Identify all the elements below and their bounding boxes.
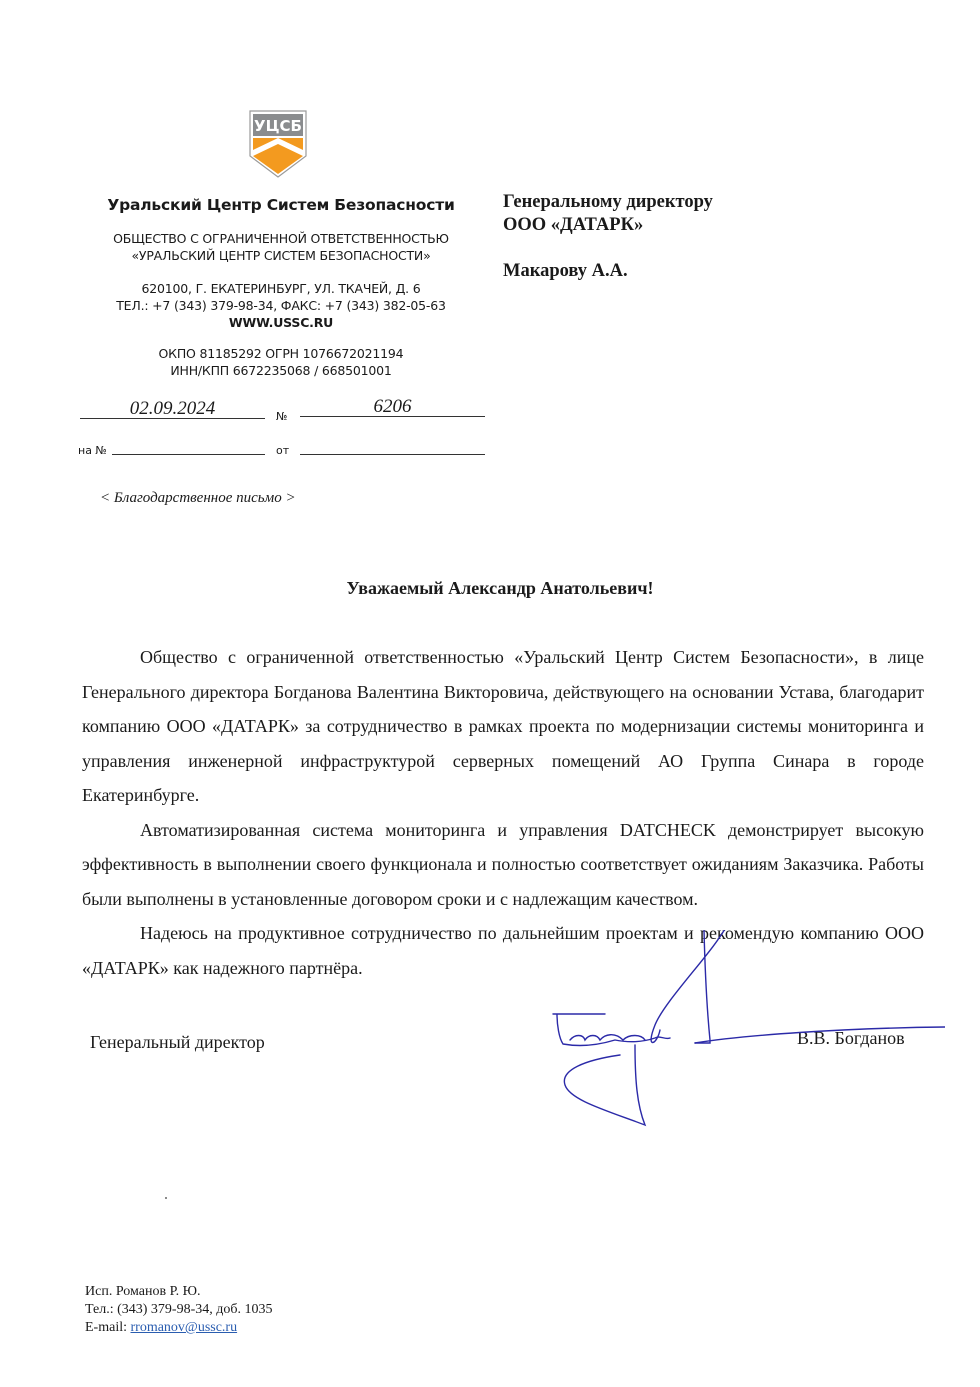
ussc-shield-icon: УЦСБ [249,110,307,178]
body-paragraph: Автоматизированная система мониторинга и… [82,813,924,917]
date-value: 02.09.2024 [80,398,265,420]
org-name: Уральский Центр Систем Безопасности [100,196,462,214]
website: WWW.USSC.RU [100,314,462,331]
number-label: № [276,410,287,423]
signatory-title: Генеральный директор [90,1032,265,1053]
letter-subject: < Благодарственное письмо > [100,490,296,507]
legal-form-line1: ОБЩЕСТВО С ОГРАНИЧЕННОЙ ОТВЕТСТВЕННОСТЬЮ [100,230,462,247]
requisites: ОКПО 81185292 ОГРН 1076672021194 ИНН/КПП… [100,345,462,379]
signatory-name: В.В. Богданов [797,1028,905,1049]
scan-speck [165,1197,167,1199]
executor-name: Исп. Романов Р. Ю. [85,1283,273,1301]
executor-email-link[interactable]: rromanov@ussc.ru [131,1320,238,1335]
legal-form: ОБЩЕСТВО С ОГРАНИЧЕННОЙ ОТВЕТСТВЕННОСТЬЮ… [100,230,462,264]
company-logo: УЦСБ [249,110,307,178]
phones: ТЕЛ.: +7 (343) 379-98-34, ФАКС: +7 (343)… [100,297,462,314]
date-field: 02.09.2024 [80,398,265,419]
svg-text:УЦСБ: УЦСБ [254,117,302,135]
legal-form-line2: «УРАЛЬСКИЙ ЦЕНТР СИСТЕМ БЕЗОПАСНОСТИ» [100,247,462,264]
address: 620100, Г. ЕКАТЕРИНБУРГ, УЛ. ТКАЧЕЙ, Д. … [100,280,462,297]
number-field: 6206 [300,396,485,417]
recipient-name: Макарову А.А. [503,260,713,283]
body-paragraph: Общество с ограниченной ответственностью… [82,640,924,813]
executor-phone: Тел.: (343) 379-98-34, доб. 1035 [85,1301,273,1319]
ref-number-field [112,434,265,455]
contacts: 620100, Г. ЕКАТЕРИНБУРГ, УЛ. ТКАЧЕЙ, Д. … [100,280,462,331]
letter-body: Общество с ограниченной ответственностью… [82,640,924,985]
recipient-company: ООО «ДАТАРК» [503,214,713,237]
number-value: 6206 [300,396,485,418]
okpo-ogrn: ОКПО 81185292 ОГРН 1076672021194 [100,345,462,362]
recipient-position: Генеральному директору [503,191,713,214]
executor-info: Исп. Романов Р. Ю. Тел.: (343) 379-98-34… [85,1283,273,1337]
ref-date-label: от [276,444,289,457]
body-paragraph: Надеюсь на продуктивное сотрудничество п… [82,916,924,985]
recipient-block: Генеральному директору ООО «ДАТАРК» Мака… [503,191,713,283]
ref-number-label: на № [78,444,107,457]
executor-email-line: E-mail: rromanov@ussc.ru [85,1319,273,1337]
greeting: Уважаемый Александр Анатольевич! [0,578,980,599]
inn-kpp: ИНН/КПП 6672235068 / 668501001 [100,362,462,379]
ref-date-field [300,434,485,455]
